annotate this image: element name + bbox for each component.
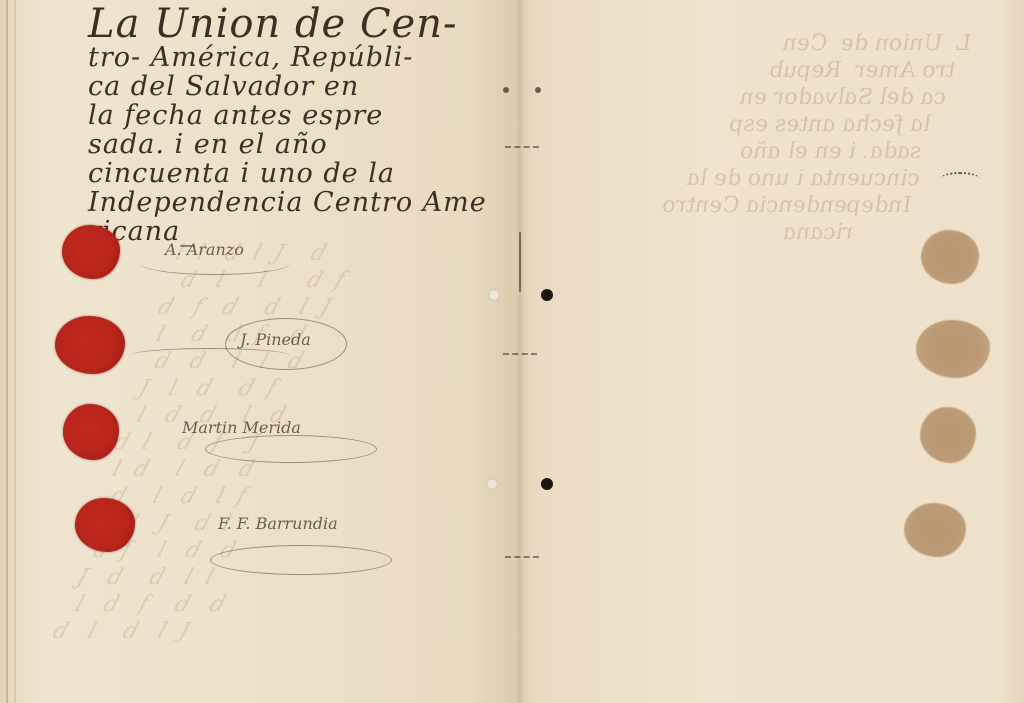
binding-gutter bbox=[515, 0, 525, 703]
text-line: ricana_ bbox=[88, 217, 433, 246]
punch-hole bbox=[488, 289, 500, 301]
text-line: Independencia Centro Ame bbox=[88, 188, 433, 217]
pin-hole bbox=[535, 87, 541, 93]
punch-hole bbox=[541, 478, 553, 490]
wax-seal bbox=[55, 316, 125, 374]
pin-hole bbox=[503, 87, 509, 93]
page-edge-left bbox=[6, 0, 8, 703]
seal-stain bbox=[920, 407, 976, 463]
seal-stain bbox=[916, 320, 990, 378]
text-line: la fecha antes espre bbox=[88, 101, 433, 130]
signature-flourish bbox=[205, 435, 377, 463]
text-line: ca del Salvador en bbox=[88, 72, 433, 101]
heading-text: La Union de Cen- tro- América, Repúbli- … bbox=[88, 10, 433, 246]
seal-stain bbox=[904, 503, 966, 557]
seal-stain bbox=[921, 230, 979, 284]
signature-flourish bbox=[210, 545, 392, 575]
text-line: cincuenta i uno de la bbox=[88, 159, 433, 188]
page-edge-inner bbox=[14, 0, 16, 703]
signature: F. F. Barrundia bbox=[218, 514, 338, 533]
text-line: La Union de Cen- bbox=[88, 10, 433, 43]
stitch-mark bbox=[505, 556, 539, 561]
wax-seal bbox=[63, 404, 119, 460]
paper-crease bbox=[519, 232, 521, 292]
text-line: tro- América, Repúbli- bbox=[88, 43, 433, 72]
stitch-mark bbox=[505, 146, 539, 151]
signature-flourish bbox=[130, 348, 290, 363]
document-spread: l l d l J d d l l d f d f d d l J l d d … bbox=[0, 0, 1024, 703]
stamp-mark bbox=[940, 172, 980, 186]
bleed-through-right: L Union de Cen tro Amer Repub ca del Sal… bbox=[605, 30, 975, 246]
stitch-mark bbox=[503, 353, 537, 358]
text-line: sada. i en el año bbox=[88, 130, 433, 159]
wax-seal bbox=[62, 225, 120, 279]
punch-hole bbox=[486, 478, 498, 490]
wax-seal bbox=[75, 498, 135, 552]
signature-flourish bbox=[140, 252, 290, 275]
punch-hole bbox=[541, 289, 553, 301]
